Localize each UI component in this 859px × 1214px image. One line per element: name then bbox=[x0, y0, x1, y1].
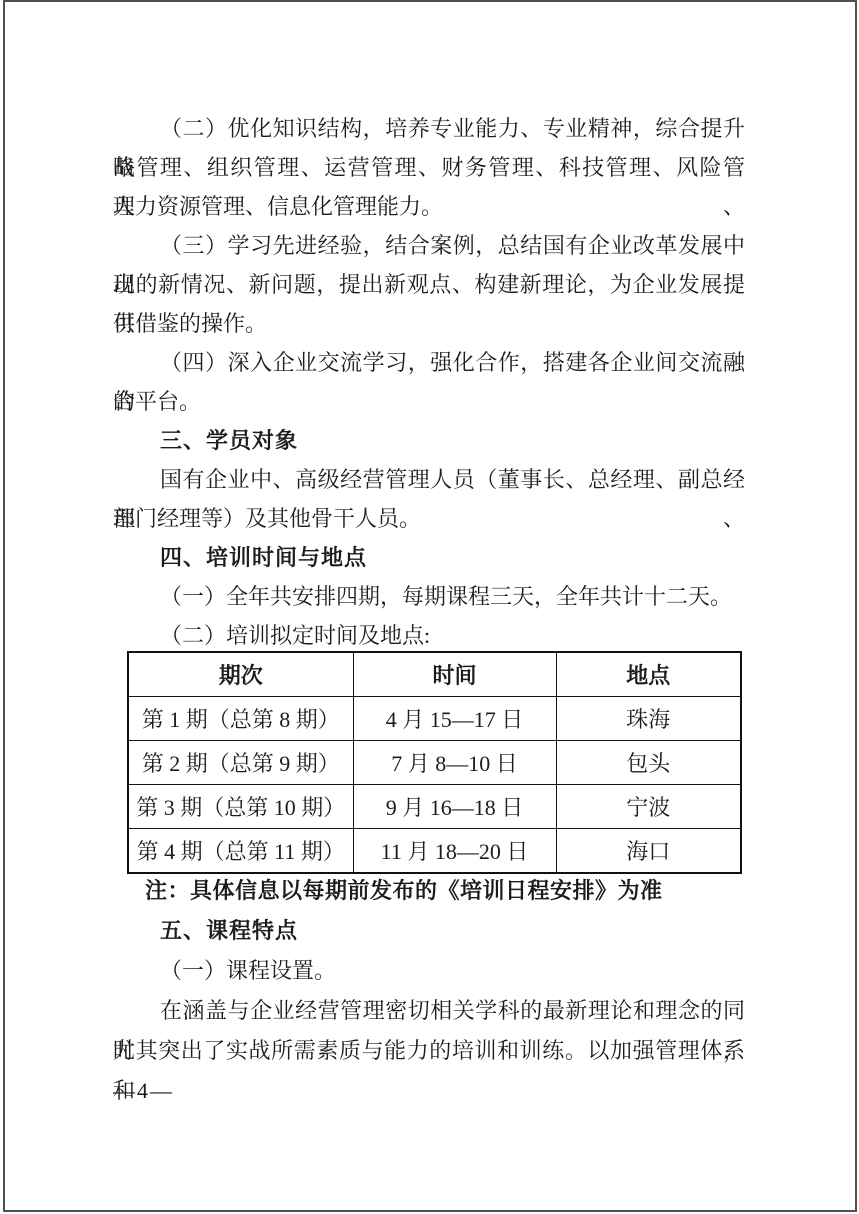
time-cell: 11 月 18—20 日 bbox=[353, 829, 556, 874]
session-cell: 第 3 期（总第 10 期） bbox=[128, 785, 353, 829]
document-page: （二）优化知识结构，培养专业能力、专业精神，综合提升战 略管理、组织管理、运营管… bbox=[0, 0, 859, 1214]
paragraph-line: 尤其突出了实战所需素质与能力的培训和训练。以加强管理体系和 bbox=[113, 1031, 745, 1071]
paragraph-line: （四）深入企业交流学习，强化合作，搭建各企业间交流融合 bbox=[113, 343, 745, 382]
session-cell: 第 2 期（总第 9 期） bbox=[128, 741, 353, 785]
training-schedule-table: 期次 时间 地点 第 1 期（总第 8 期） 4 月 15—17 日 珠海 第 … bbox=[127, 651, 742, 874]
table-row: 第 1 期（总第 8 期） 4 月 15—17 日 珠海 bbox=[128, 697, 741, 741]
column-header-place: 地点 bbox=[556, 652, 741, 697]
paragraph-line: 国有企业中、高级经营管理人员（董事长、总经理、副总经理、 bbox=[113, 460, 745, 499]
paragraph-line: 在涵盖与企业经营管理密切相关学科的最新理论和理念的同时， bbox=[113, 991, 745, 1031]
paragraph-line: （一）全年共安排四期，每期课程三天，全年共计十二天。 bbox=[113, 577, 745, 616]
time-cell: 7 月 8—10 日 bbox=[353, 741, 556, 785]
paragraph-line: 可借鉴的操作。 bbox=[113, 304, 745, 343]
session-cell: 第 1 期（总第 8 期） bbox=[128, 697, 353, 741]
paragraph-line: 的平台。 bbox=[113, 382, 745, 421]
paragraph-line: 现的新情况、新问题，提出新观点、构建新理论，为企业发展提供 bbox=[113, 265, 745, 304]
paragraph-line: 略管理、组织管理、运营管理、财务管理、科技管理、风险管理、 bbox=[113, 148, 745, 187]
place-cell: 包头 bbox=[556, 741, 741, 785]
place-cell: 珠海 bbox=[556, 697, 741, 741]
section-heading-trainees: 三、学员对象 bbox=[113, 421, 745, 460]
table-row: 第 4 期（总第 11 期） 11 月 18—20 日 海口 bbox=[128, 829, 741, 874]
paragraph-line: （三）学习先进经验，结合案例，总结国有企业改革发展中出 bbox=[113, 226, 745, 265]
place-cell: 宁波 bbox=[556, 785, 741, 829]
table-note: 注：具体信息以每期前发布的《培训日程安排》为准 bbox=[113, 871, 745, 911]
upper-text-block: （二）优化知识结构，培养专业能力、专业精神，综合提升战 略管理、组织管理、运营管… bbox=[113, 109, 745, 655]
paragraph-line: （二）培训拟定时间及地点: bbox=[113, 616, 745, 655]
paragraph-line: （一）课程设置。 bbox=[113, 951, 745, 991]
lower-text-block: 注：具体信息以每期前发布的《培训日程安排》为准 五、课程特点 （一）课程设置。 … bbox=[113, 871, 745, 1071]
section-heading-course-features: 五、课程特点 bbox=[113, 911, 745, 951]
section-heading-time-place: 四、培训时间与地点 bbox=[113, 538, 745, 577]
table-header-row: 期次 时间 地点 bbox=[128, 652, 741, 697]
table-row: 第 2 期（总第 9 期） 7 月 8—10 日 包头 bbox=[128, 741, 741, 785]
time-cell: 4 月 15—17 日 bbox=[353, 697, 556, 741]
column-header-session: 期次 bbox=[128, 652, 353, 697]
time-cell: 9 月 16—18 日 bbox=[353, 785, 556, 829]
column-header-time: 时间 bbox=[353, 652, 556, 697]
page-number: —4— bbox=[113, 1071, 174, 1111]
paragraph-line: （二）优化知识结构，培养专业能力、专业精神，综合提升战 bbox=[113, 109, 745, 148]
place-cell: 海口 bbox=[556, 829, 741, 874]
session-cell: 第 4 期（总第 11 期） bbox=[128, 829, 353, 874]
table-row: 第 3 期（总第 10 期） 9 月 16—18 日 宁波 bbox=[128, 785, 741, 829]
